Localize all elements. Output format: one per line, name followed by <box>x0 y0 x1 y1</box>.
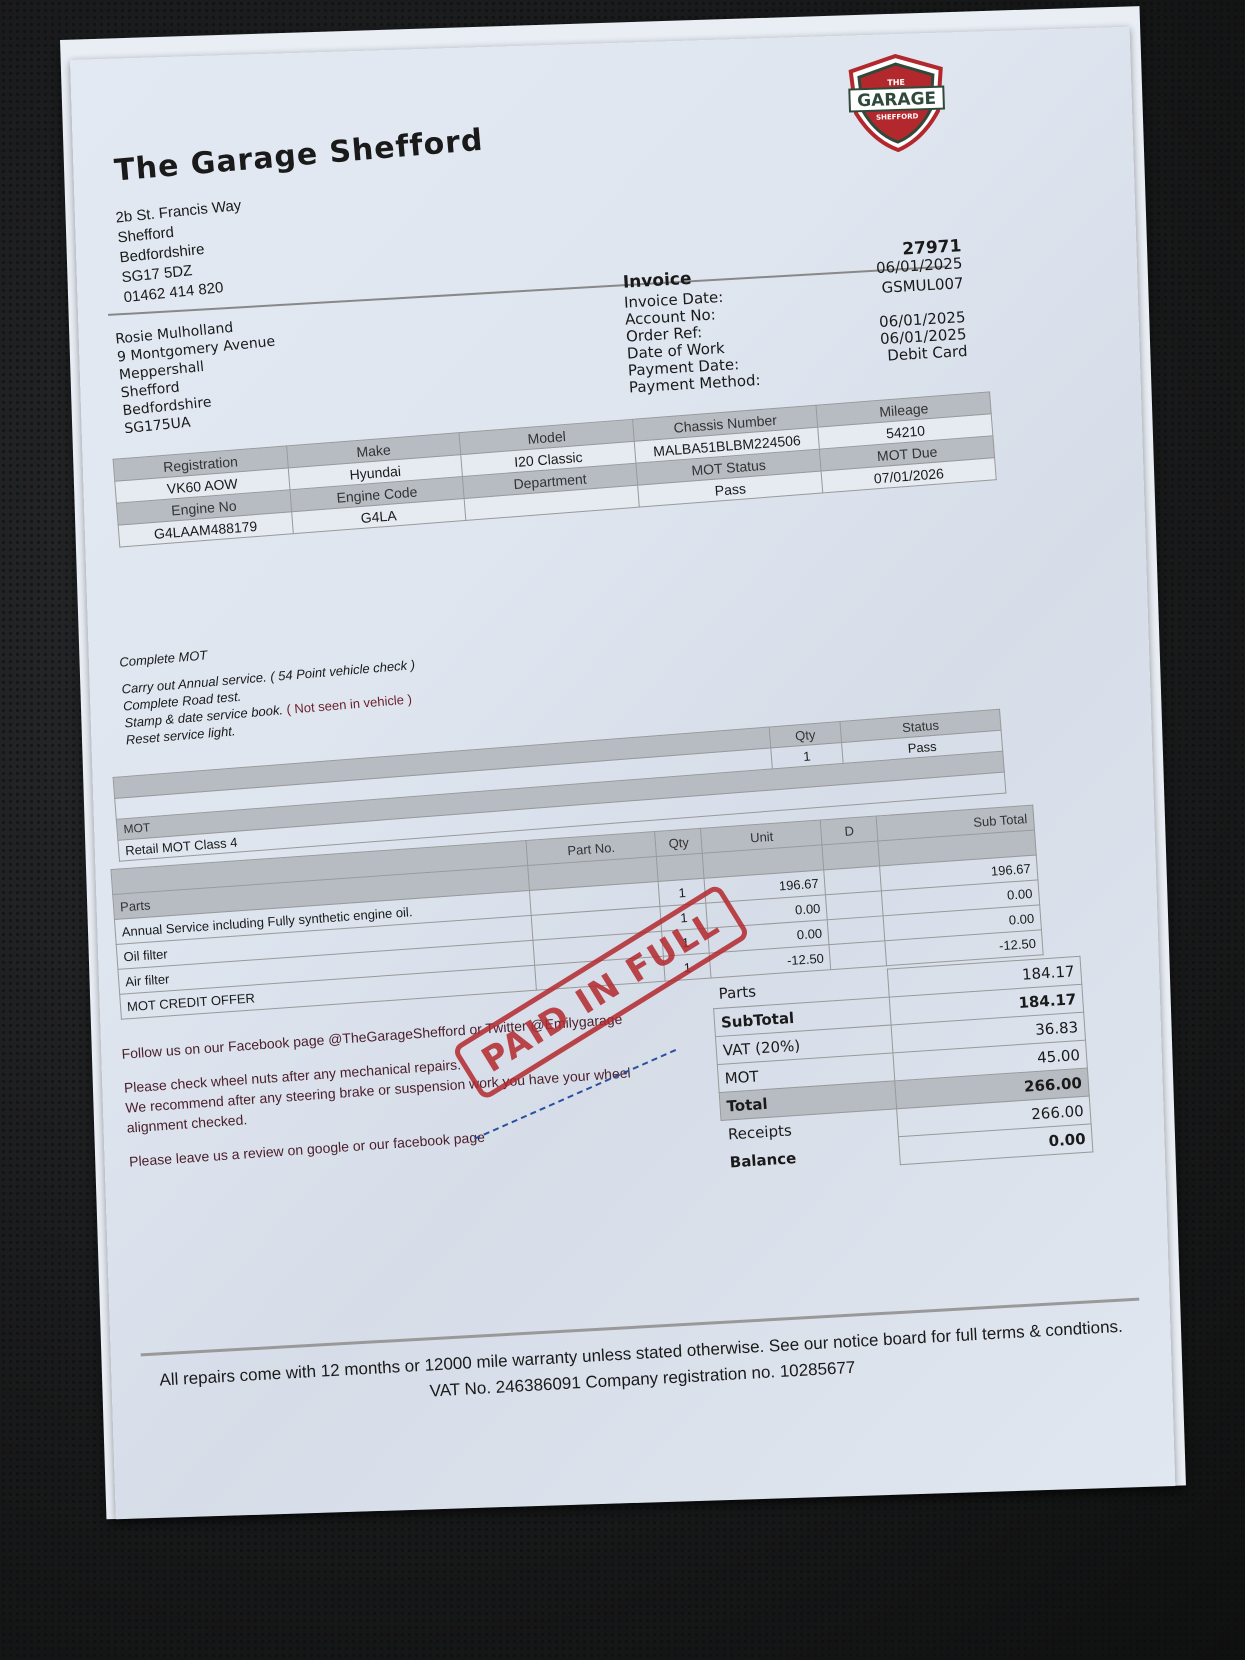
part-discount <box>829 941 886 970</box>
svg-text:GARAGE: GARAGE <box>857 89 937 111</box>
totals-table: Parts 184.17 SubTotal 184.17 VAT (20%) 3… <box>711 956 1093 1177</box>
invoice-details: 27971 Invoice 06/01/2025 Invoice Date: G… <box>621 238 968 396</box>
svg-text:SHEFFORD: SHEFFORD <box>876 112 919 121</box>
footer: All repairs come with 12 months or 12000… <box>151 1313 1132 1420</box>
work-notes: Complete MOT Carry out Annual service. (… <box>119 629 420 748</box>
parts-header-qty: Qty <box>655 828 703 856</box>
company-name: The Garage Shefford <box>113 123 485 189</box>
company-address: 2b St. Francis Way Shefford Bedfordshire… <box>115 196 251 308</box>
customer-address: Rosie Mulholland 9 Montgomery Avenue Mep… <box>115 315 284 438</box>
svg-text:THE: THE <box>887 78 905 88</box>
garage-logo-icon: THE GARAGE SHEFFORD <box>840 50 953 153</box>
invoice-paper: THE GARAGE SHEFFORD The Garage Shefford … <box>70 27 1175 1520</box>
